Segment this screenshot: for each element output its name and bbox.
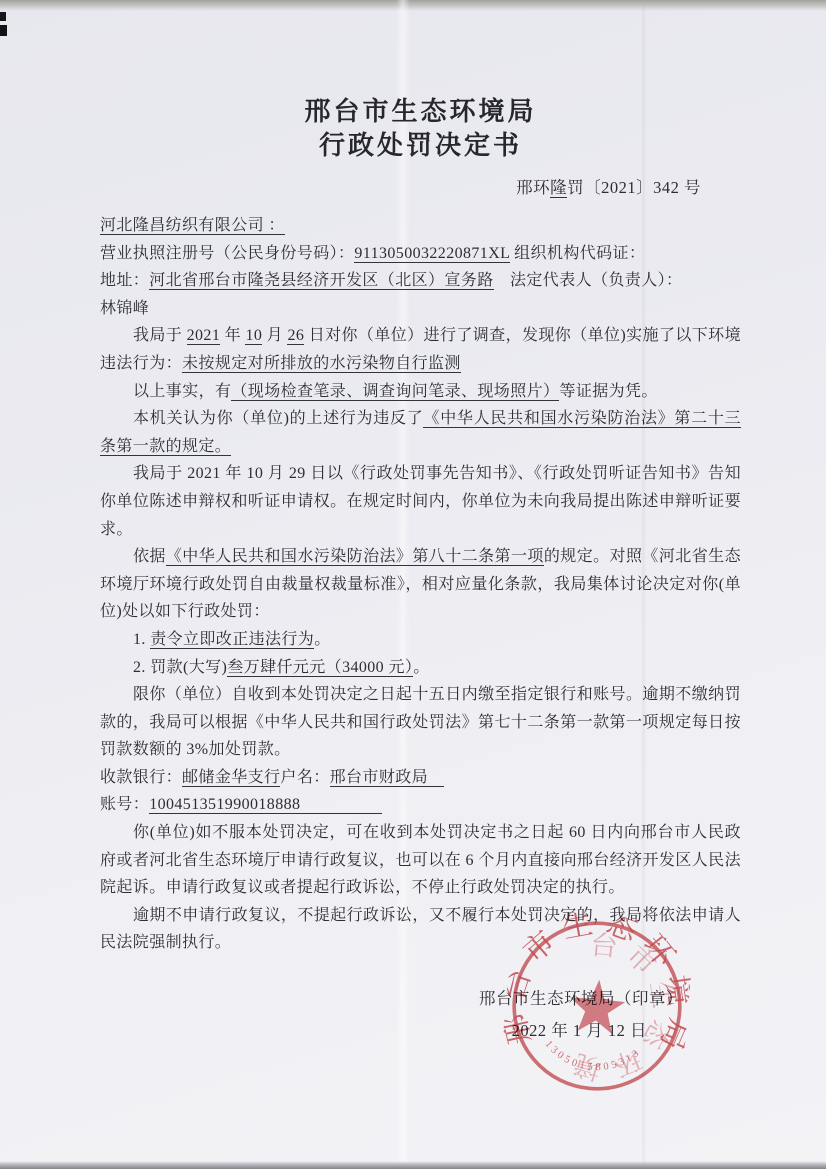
text-segment: 依据 — [133, 548, 166, 565]
paragraph: 1. 责令立即改正违法行为。 — [100, 626, 741, 654]
scan-artifact-mark — [0, 12, 6, 21]
paragraph: 我局于 2021 年 10 月 29 日以《行政处罚事先告知书》、《行政处罚听证… — [100, 460, 741, 543]
scan-edge-top — [0, 0, 826, 11]
scanned-document-page: 邢台市生态环境局 行政处罚决定书 邢环隆罚〔2021〕342 号 河北隆昌纺织有… — [0, 0, 826, 1169]
document-number: 邢环隆罚〔2021〕342 号 — [100, 174, 741, 198]
underlined-text: 河北省邢台市隆尧县经济开发区（北区）宣务路 — [149, 272, 493, 290]
text-segment: 组织机构代码证： — [510, 245, 646, 262]
paragraph: 地址：河北省邢台市隆尧县经济开发区（北区）宣务路 法定代表人（负责人）： — [100, 267, 741, 295]
doc-no-suffix: 罚〔2021〕342 号 — [567, 178, 701, 197]
text-segment: 。 — [413, 659, 429, 676]
paragraph: 依据《中华人民共和国水污染防治法》第八十二条第一项的规定。对照《河北省生态环境厅… — [100, 543, 741, 626]
paragraph: 本机关认为你（单位)的上述行为违反了《中华人民共和国水污染防治法》第二十三条第一… — [100, 405, 741, 460]
signature-date: 2022 年 1 月 12 日 — [479, 1016, 647, 1046]
underlined-text: 责令立即改正违法行为 — [150, 631, 314, 649]
text-segment: 我局于 — [133, 327, 187, 344]
text-segment: 账号： — [100, 796, 149, 813]
paragraph: 2. 罚款(大写)叁万肆仟元元（34000 元）。 — [100, 654, 741, 682]
document-title-line1: 邢台市生态环境局 — [100, 95, 741, 129]
doc-no-prefix: 邢环 — [516, 178, 550, 197]
underlined-text: 邮储金华支行 — [182, 769, 280, 787]
paragraph: 账号：100451351990018888 — [100, 791, 741, 819]
document-body: 河北隆昌纺织有限公司 ：营业执照注册号（公民身份号码）：911305003222… — [100, 212, 741, 957]
paragraph: 限你（单位）自收到本处罚决定之日起十五日内缴至指定银行和账号。逾期不缴纳罚款的，… — [100, 681, 741, 764]
underlined-text: 叁万肆仟元元（34000 元） — [227, 659, 413, 677]
document-content: 邢台市生态环境局 行政处罚决定书 邢环隆罚〔2021〕342 号 河北隆昌纺织有… — [100, 95, 741, 957]
underlined-text: 《中华人民共和国水污染防治法》第八十二条第一项 — [166, 548, 544, 566]
underlined-text: 未按规定对所排放的水污染物自行监测 — [182, 355, 461, 373]
paragraph: 林锦峰 — [100, 295, 741, 323]
paragraph: 逾期不申请行政复议，不提起行政诉讼，又不履行本处罚决定的，我局将依法申请人民法院… — [100, 902, 741, 957]
scan-edge-bottom — [0, 1161, 826, 1169]
text-segment: 收款银行： — [100, 769, 182, 786]
underlined-text: 100451351990018888 — [149, 796, 382, 814]
text-segment: 林锦峰 — [100, 300, 149, 317]
paragraph: 我局于 2021 年 10 月 26 日对你（单位）进行了调查，发现你（单位)实… — [100, 322, 741, 377]
underlined-text: 26 — [287, 327, 304, 345]
text-segment: 2. 罚款(大写) — [133, 659, 227, 676]
text-segment: 以上事实，有 — [133, 383, 231, 400]
text-segment: 你(单位)如不服本处罚决定，可在收到本处罚决定书之日起 60 日内向邢台市人民政… — [100, 824, 741, 896]
text-segment: 月 — [262, 327, 287, 344]
underlined-text: 10 — [245, 327, 262, 345]
text-segment: 地址： — [100, 272, 149, 289]
underlined-text: （现场检查笔录、调查询问笔录、现场照片） — [231, 383, 559, 401]
text-segment: 年 — [220, 327, 245, 344]
signature-agency: 邢台市生态环境局（印章） — [479, 984, 683, 1014]
text-segment: 限你（单位）自收到本处罚决定之日起十五日内缴至指定银行和账号。逾期不缴纳罚款的，… — [100, 686, 741, 758]
text-segment: 逾期不申请行政复议，不提起行政诉讼，又不履行本处罚决定的，我局将依法申请人民法院… — [100, 907, 741, 952]
paragraph: 你(单位)如不服本处罚决定，可在收到本处罚决定书之日起 60 日内向邢台市人民政… — [100, 819, 741, 902]
text-segment: 本机关认为你（单位)的上述行为违反了 — [133, 410, 423, 427]
text-segment: 营业执照注册号（公民身份号码）： — [100, 245, 354, 262]
scan-artifact-mark — [0, 25, 7, 36]
text-segment: 。 — [314, 631, 330, 648]
text-segment: 我局于 2021 年 10 月 29 日以《行政处罚事先告知书》、《行政处罚听证… — [100, 465, 741, 537]
text-segment: 户名： — [280, 769, 329, 786]
underlined-text: 河北隆昌纺织有限公司 ： — [100, 217, 285, 235]
underlined-text: 9113050032220871XL — [354, 245, 509, 263]
text-segment: 1. — [133, 631, 150, 648]
document-title-line2: 行政处罚决定书 — [100, 129, 741, 163]
signature-block: 邢台市生态环境局（印章） 2022 年 1 月 12 日 — [479, 984, 683, 1046]
paragraph: 营业执照注册号（公民身份号码）：9113050032220871XL 组织机构代… — [100, 240, 741, 268]
underlined-text: 2021 — [187, 327, 221, 345]
paragraph: 河北隆昌纺织有限公司 ： — [100, 212, 741, 240]
text-segment: 法定代表人（负责人）： — [494, 272, 683, 289]
paragraph: 收款银行：邮储金华支行户名：邢台市财政局 — [100, 764, 741, 792]
text-segment: 等证据为凭。 — [559, 383, 657, 400]
doc-no-underlined: 隆 — [550, 178, 567, 198]
underlined-text: 邢台市财政局 — [330, 769, 445, 787]
paragraph: 以上事实，有（现场检查笔录、调查询问笔录、现场照片）等证据为凭。 — [100, 378, 741, 406]
